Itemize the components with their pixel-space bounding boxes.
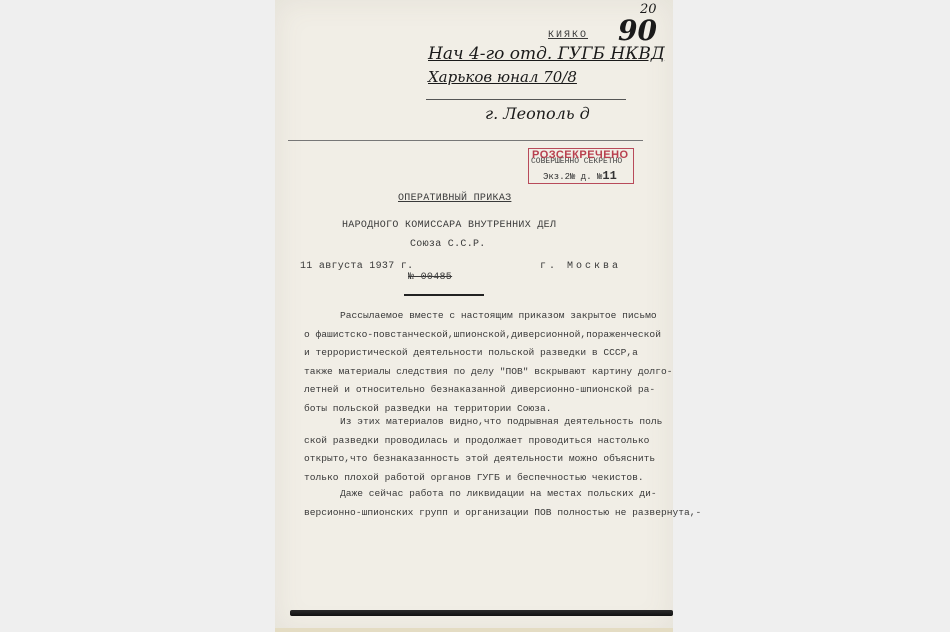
- union-name: Союза С.С.Р.: [410, 239, 486, 250]
- document-subtitle: НАРОДНОГО КОМИССАРА ВНУТРЕННИХ ДЕЛ: [342, 220, 556, 231]
- text-line: Даже сейчас работа по ликвидации на мест…: [304, 485, 674, 504]
- text-line: летней и относительно безнаказанной диве…: [304, 381, 674, 400]
- paragraph-2: Из этих материалов видно,что подрывная д…: [304, 413, 674, 487]
- document-title: ОПЕРАТИВНЫЙ ПРИКАЗ: [398, 193, 511, 204]
- order-number-underline: [404, 294, 484, 296]
- bottom-redaction-bar: [290, 610, 673, 616]
- handwritten-addressee-line1: Нач 4-го отд. ГУГБ НКВД: [428, 44, 665, 64]
- text-line: Рассылаемое вместе с настоящим приказом …: [304, 307, 674, 326]
- document-date: 11 августа 1937 г.: [300, 261, 413, 272]
- text-line: также материалы следствия по делу "ПОВ" …: [304, 363, 674, 382]
- handwritten-page-number-large: 90: [618, 14, 657, 47]
- text-line: ской разведки проводилась и продолжает п…: [304, 432, 674, 451]
- handwritten-addressee-line2: Харьков юнал 70/8: [428, 68, 577, 86]
- header-rule: [426, 99, 626, 100]
- separator-rule: [288, 140, 643, 141]
- document-city: г. Москва: [540, 261, 621, 272]
- handwritten-addressee-line3: г. Леополь д: [485, 104, 590, 123]
- text-line: открыто,что безнаказанность этой деятель…: [304, 450, 674, 469]
- text-line: версионно-шпионских групп и организации …: [304, 504, 674, 523]
- copy-line: Экз.2№ д. №11: [543, 169, 617, 183]
- copy-number: 11: [602, 169, 616, 183]
- paragraph-3: Даже сейчас работа по ликвидации на мест…: [304, 485, 674, 522]
- text-line: о фашистско-повстанческой,шпионской,диве…: [304, 326, 674, 345]
- paragraph-1: Рассылаемое вместе с настоящим приказом …: [304, 307, 674, 418]
- order-number: № 00485: [408, 272, 452, 283]
- text-line: и террористической деятельности польской…: [304, 344, 674, 363]
- declassified-text: РОЗСЕКРЕЧЕНО: [532, 149, 629, 161]
- text-line: Из этих материалов видно,что подрывная д…: [304, 413, 674, 432]
- copy-label: КИЯКО: [548, 30, 588, 41]
- declassified-stamp: СОВЕРШЕННО СЕКРЕТНО РОЗСЕКРЕЧЕНО Экз.2№ …: [528, 148, 634, 184]
- page-bottom-edge: [275, 628, 673, 632]
